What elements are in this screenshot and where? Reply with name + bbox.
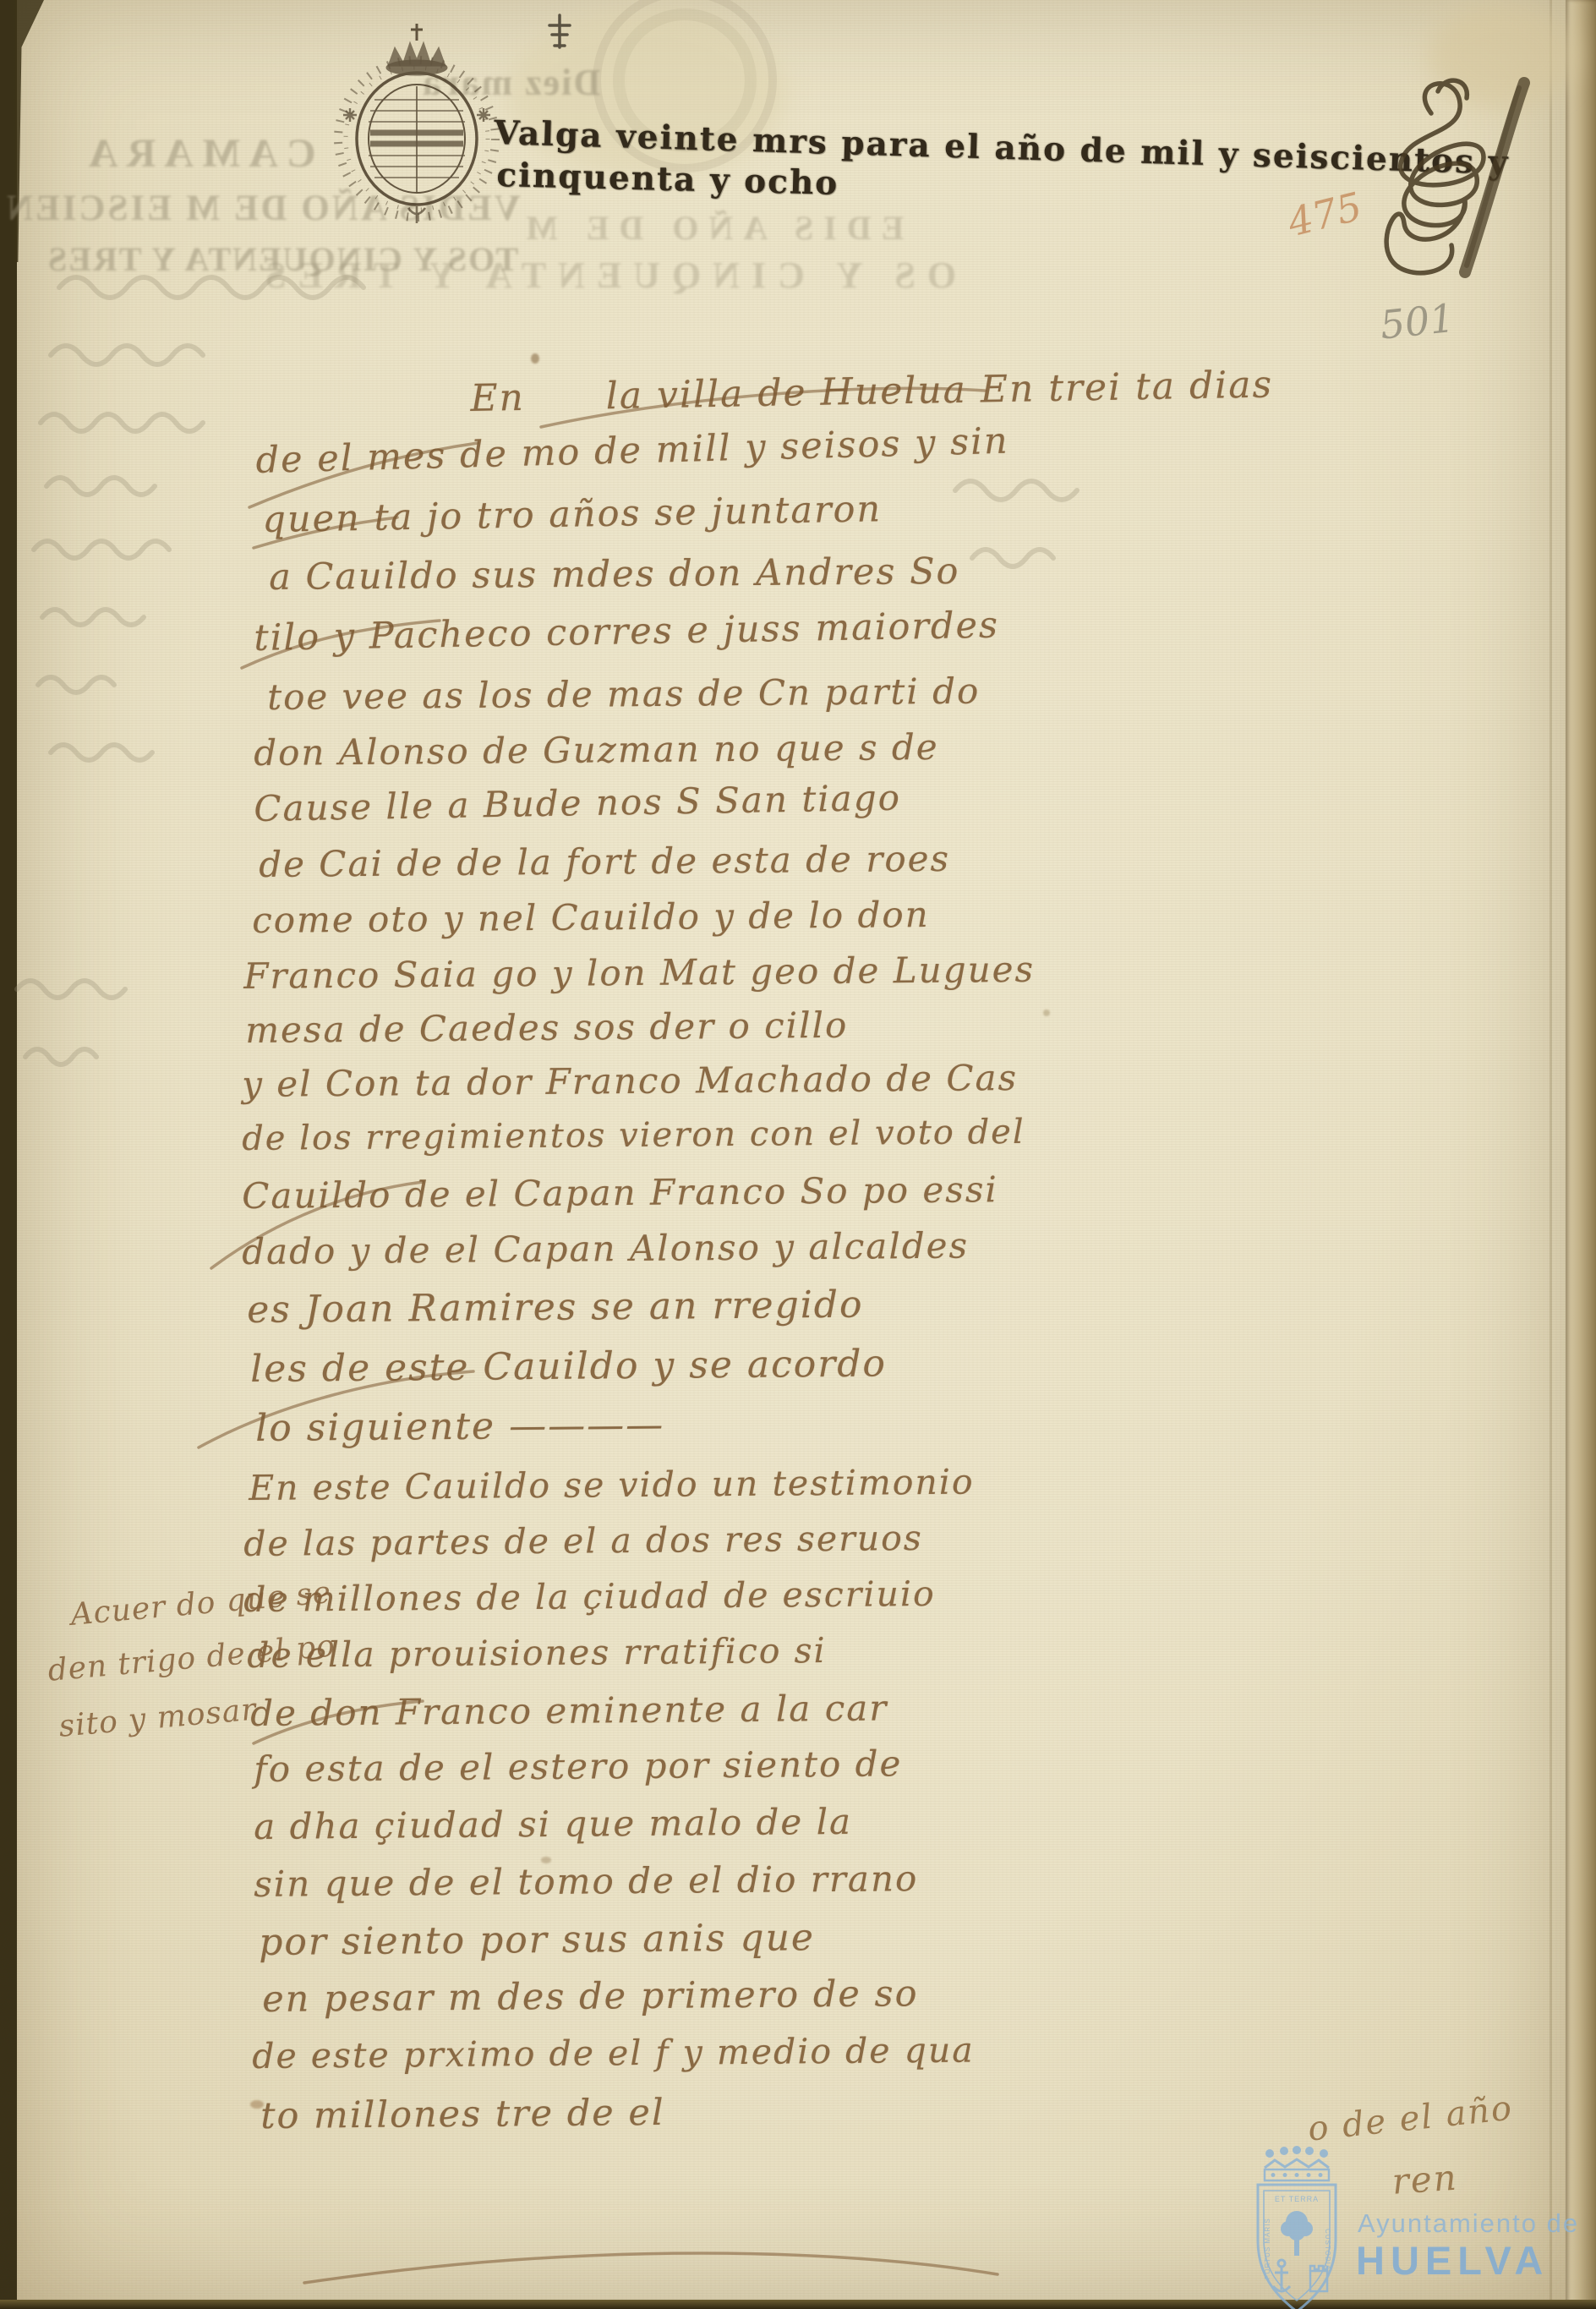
manuscript-line: fo esta de el estero por siento de — [254, 1743, 903, 1790]
watermark-org-label: Ayuntamiento de — [1358, 2208, 1579, 2239]
manuscript-line: mesa de Caedes sos der o cillo — [245, 1004, 848, 1051]
manuscript-scan-page: CAMARAVEDIS AÑO DE M EISCIENTOS Y CINQUE… — [0, 0, 1596, 2309]
manuscript-line: de Cai de de la fort de esta de roes — [259, 838, 950, 885]
motto-left: PORTUS MARIS — [1264, 2218, 1271, 2279]
manuscript-line: come oto y nel Cauildo y de lo don — [252, 894, 930, 941]
pen-flourish-strokes — [0, 0, 1596, 2309]
text-fragment: ren — [1391, 2157, 1459, 2202]
manuscript-line: dado y de el Capan Alonso y alcaldes — [242, 1224, 969, 1272]
manuscript-line: to millones tre de el — [260, 2092, 665, 2137]
manuscript-line: en pesar m des de primero de so — [262, 1972, 919, 2021]
manuscript-line: don Alonso de Guzman no que s de — [254, 726, 939, 774]
manuscript-line: de don Franco eminente a la car — [250, 1687, 888, 1734]
manuscript-line: y el Con ta dor Franco Machado de Cas — [242, 1057, 1018, 1105]
huelva-shield-logo: ET TERRA PORTUS MARIS CUSTODIA — [1251, 2146, 1342, 2309]
manuscript-line: sin que de el tomo de el dio rrano — [254, 1858, 919, 1905]
manuscript-line: lo siguiente ———— — [255, 1403, 664, 1450]
manuscript-line: les de este Cauildo y se acordo — [250, 1342, 887, 1391]
manuscript-line: es Joan Ramires se an rregido — [247, 1283, 864, 1332]
manuscript-line: En este Cauildo se vido un testimonio — [249, 1462, 975, 1508]
manuscript-line: toe vee as los de mas de Cn parti do — [267, 670, 980, 718]
manuscript-line: de este prximo de el f y medio de qua — [252, 2030, 975, 2076]
manuscript-line: de los rregimientos vieron con el voto d… — [242, 1113, 1025, 1158]
manuscript-line: Franco Saia go y lon Mat geo de Lugues — [243, 949, 1035, 997]
watermark-city-label: HUELVA — [1356, 2237, 1549, 2284]
manuscript-line: a Cauildo sus mdes don Andres So — [269, 550, 960, 599]
manuscript-line: por siento por sus anis que — [259, 1916, 815, 1964]
manuscript-line: de las partes de el a dos res seruos — [243, 1518, 923, 1564]
motto-right: CUSTODIA — [1324, 2229, 1331, 2270]
manuscript-line: Cauildo de el Capan Franco So po essi — [242, 1168, 998, 1217]
manuscript-line: de millones de la çiudad de escriuio — [243, 1573, 936, 1620]
motto-top: ET TERRA — [1275, 2195, 1319, 2203]
manuscript-line: a dha çiudad si que malo de la — [254, 1801, 852, 1847]
